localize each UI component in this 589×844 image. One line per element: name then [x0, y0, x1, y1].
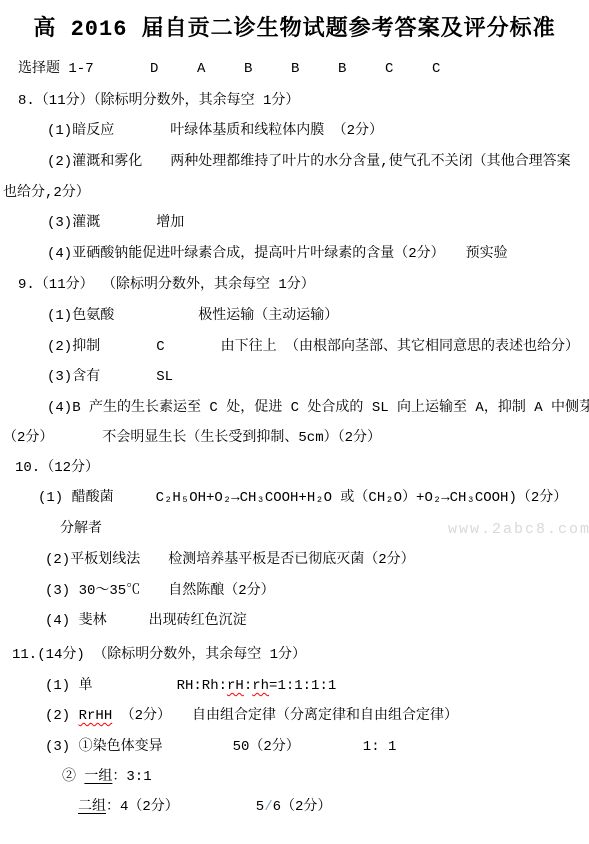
document-line: (1) 醋酸菌 C₂H₅OH+O₂→CH₃COOH+H₂O 或（CH₂O）+O₂…: [38, 489, 567, 508]
multiple-choice-label: 选择题 1-7: [18, 60, 150, 79]
choice-answer-letter: B: [244, 60, 291, 79]
choice-answer-letter: D: [150, 60, 197, 79]
text-segment: 6（2分）: [273, 799, 332, 815]
text-segment: (4) 斐林 出现砖红色沉淀: [45, 613, 247, 629]
document-line: (3)灌溉 增加: [47, 214, 184, 233]
text-segment: 分解者: [60, 521, 102, 537]
text-segment: (2): [45, 708, 79, 724]
text-segment: (1)暗反应 叶绿体基质和线粒体内膜 （2分）: [47, 123, 383, 139]
text-segment: (3)灌溉 增加: [47, 215, 184, 231]
document-line: 也给分,2分）: [3, 184, 90, 203]
text-segment: （2分） 不会明显生长（生长受到抑制、5cm）（2分）: [3, 430, 381, 446]
text-segment: (3) ①染色体变异 50（2分） 1: 1: [45, 739, 396, 755]
document-line: (1) 单 RH:Rh:rH:rh=1:1:1:1: [45, 677, 336, 696]
text-segment: ：3:1: [112, 769, 151, 785]
text-segment: 9.（11分） （除标明分数外，其余每空 1分）: [18, 277, 315, 293]
document-line: (4)亚硒酸钠能促进叶绿素合成，提高叶片叶绿素的含量（2分） 预实验: [47, 245, 508, 264]
document-line: (2)平板划线法 检测培养基平板是否已彻底灭菌（2分）: [45, 551, 415, 570]
choice-answer-letter: C: [432, 60, 479, 79]
text-segment: （2分） 自由组合定律（分离定律和自由组合定律）: [112, 708, 458, 724]
text-segment: (1) 单 RH:Rh:: [45, 678, 227, 694]
text-segment: 10.（12分）: [15, 460, 99, 476]
underlined-text: 一组: [84, 769, 112, 785]
text-segment: ②: [62, 769, 84, 785]
fraction-slash: /: [264, 799, 272, 815]
text-segment: (4)B 产生的生长素运至 C 处，促进 C 处合成的 SL 向上运输至 A，抑…: [47, 400, 589, 416]
text-segment: (3)含有 SL: [47, 369, 173, 385]
document-line: 8.（11分）（除标明分数外，其余每空 1分）: [18, 92, 299, 111]
spellcheck-flagged-text: rh: [252, 678, 269, 694]
document-page: { "title": "高 2016 届自贡二诊生物试题参考答案及评分标准", …: [0, 0, 589, 844]
text-segment: =1:1:1:1: [269, 678, 336, 694]
document-line: 分解者: [60, 520, 102, 539]
text-segment: (1) 醋酸菌 C₂H₅OH+O₂→CH₃COOH+H₂O 或（CH₂O）+O₂…: [38, 490, 567, 506]
document-line: (4) 斐林 出现砖红色沉淀: [45, 612, 247, 631]
document-line: 11.(14分) （除标明分数外，其余每空 1分）: [12, 646, 306, 665]
watermark: www.2abc8.com: [448, 521, 589, 538]
spellcheck-flagged-text: rH: [227, 678, 244, 694]
choice-answer-letter: A: [197, 60, 244, 79]
document-line: (4)B 产生的生长素运至 C 处，促进 C 处合成的 SL 向上运输至 A，抑…: [47, 399, 589, 418]
document-line: (3) ①染色体变异 50（2分） 1: 1: [45, 738, 396, 757]
document-line: （2分） 不会明显生长（生长受到抑制、5cm）（2分）: [3, 429, 381, 448]
document-line: (2)灌溉和雾化 两种处理都维持了叶片的水分含量,使气孔不关闭（其他合理答案: [47, 153, 571, 172]
document-line: (2) RrHH （2分） 自由组合定律（分离定律和自由组合定律）: [45, 707, 458, 726]
text-segment: (1)色氨酸 极性运输（主动运输）: [47, 308, 338, 324]
text-segment: (2)灌溉和雾化 两种处理都维持了叶片的水分含量,使气孔不关闭（其他合理答案: [47, 154, 571, 170]
document-line: (2)抑制 C 由下往上 （由根部向茎部、其它相同意思的表述也给分）: [47, 338, 579, 357]
text-segment: 也给分,2分）: [3, 185, 90, 201]
text-segment: 8.（11分）（除标明分数外，其余每空 1分）: [18, 93, 299, 109]
document-line: (1)暗反应 叶绿体基质和线粒体内膜 （2分）: [47, 122, 383, 141]
document-line: (3) 30～35℃ 自然陈酿（2分）: [45, 582, 275, 601]
text-segment: ：4（2分） 5: [106, 799, 264, 815]
spellcheck-flagged-text: RrHH: [79, 708, 113, 724]
choice-answer-letter: C: [385, 60, 432, 79]
document-line: (1)色氨酸 极性运输（主动运输）: [47, 307, 338, 326]
document-line: 10.（12分）: [15, 459, 99, 478]
text-segment: 11.(14分) （除标明分数外，其余每空 1分）: [12, 647, 306, 663]
document-line: 9.（11分） （除标明分数外，其余每空 1分）: [18, 276, 315, 295]
text-segment: (4)亚硒酸钠能促进叶绿素合成，提高叶片叶绿素的含量（2分） 预实验: [47, 246, 508, 262]
page-title: 高 2016 届自贡二诊生物试题参考答案及评分标准: [0, 11, 589, 42]
underlined-text: 二组: [78, 799, 106, 815]
document-line: (3)含有 SL: [47, 368, 173, 387]
text-segment: (3) 30～35℃ 自然陈酿（2分）: [45, 583, 275, 599]
multiple-choice-answer-row: 选择题 1-7DABBBCC: [18, 60, 479, 79]
text-segment: (2)平板划线法 检测培养基平板是否已彻底灭菌（2分）: [45, 552, 415, 568]
text-segment: :: [244, 678, 252, 694]
choice-answer-letter: B: [338, 60, 385, 79]
choice-answer-letter: B: [291, 60, 338, 79]
text-segment: (2)抑制 C 由下往上 （由根部向茎部、其它相同意思的表述也给分）: [47, 339, 579, 355]
document-line: 二组：4（2分） 5/6（2分）: [78, 798, 331, 817]
document-line: ② 一组：3:1: [62, 768, 152, 787]
